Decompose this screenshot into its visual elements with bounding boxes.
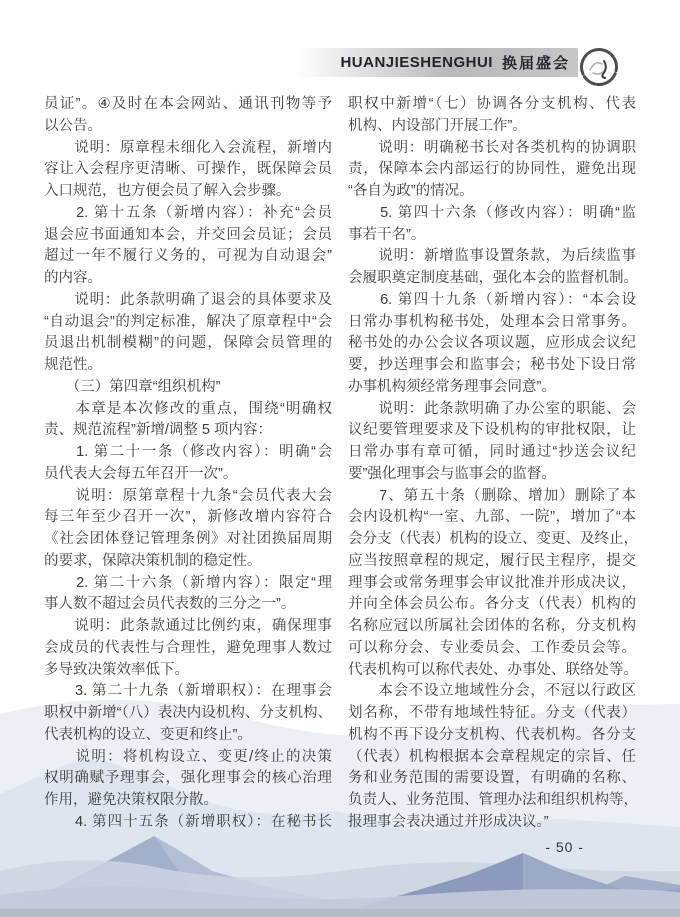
magazine-page: HUANJIESHENGHUI 换届盛会 员证”。④及时在本会网站、通讯刊物等予… [0,0,680,917]
text-line: 员证”。④及时在本会网站、通讯刊物等予 [44,94,332,116]
text-line: 事若干名”。 [348,225,636,247]
text-line: 1. 第二十一条（修改内容）：明确“会 [44,442,332,464]
article-body: 员证”。④及时在本会网站、通讯刊物等予 以公告。 说明：原章程未细化入会流程，新… [44,94,636,834]
text-line: 会内设机构“一室、九部、一院”，增加了“本 [348,507,636,529]
ink-seal-icon [578,46,620,88]
text-line: 退会应书面通知本会，并交回会员证；会员 [44,225,332,247]
text-line: （三）第四章“组织机构” [44,377,332,399]
text-line: 多导致决策效率低下。 [44,660,332,682]
text-line: 员代表大会每五年召开一次”。 [44,464,332,486]
text-line: 2. 第二十六条（新增内容）：限定“理 [44,573,332,595]
text-line: 日常办事有章可循，同时通过“抄送会议纪 [348,442,636,464]
text-line: 说明：将机构设立、变更/终止的决策 [44,747,332,769]
text-line: 应当按照章程的规定，履行民主程序，提交 [348,551,636,573]
header-banner: HUANJIESHENGHUI 换届盛会 [295,48,578,77]
text-line: 规范性。 [44,355,332,377]
text-line: 理事会或常务理事会审议批准并形成决议， [348,573,636,595]
text-line: 说明：明确秘书长对各类机构的协调职 [348,138,636,160]
text-line: 员退出机制模糊”的问题，保障会员管理的 [44,333,332,355]
text-line: 的要求，保障决策机制的稳定性。 [44,551,332,573]
text-line: 机构、内设部门开展工作”。 [348,116,636,138]
text-line: 议纪要管理要求及下设机构的审批权限，让 [348,420,636,442]
text-line: 说明：此条款通过比例约束，确保理事 [44,616,332,638]
text-line: 会履职奠定制度基础，强化本会的监督机制。 [348,268,636,290]
text-line: 权明确赋予理事会，强化理事会的核心治理 [44,768,332,790]
text-line: 办事机构须经常务理事会同意”。 [348,377,636,399]
text-line: 日常办事机构秘书处，处理本会日常事务。 [348,312,636,334]
header-title-latin: HUANJIESHENGHUI [340,54,493,71]
text-line: 超过一年不履行义务的，可视为自动退会” [44,246,332,268]
text-line: 的内容。 [44,268,332,290]
text-line: 务和业务范围的需要设置，有明确的名称、 [348,768,636,790]
text-line: 职权中新增“（八）表决内设机构、分支机构、 [44,703,332,725]
text-line: “自动退会”的判定标准，解决了原章程中“会 [44,312,332,334]
text-line: 以公告。 [44,116,332,138]
text-line: 责、规范流程”新增/调整 5 项内容： [44,420,332,442]
text-line: 名称应冠以所属社会团体的名称，分支机构 [348,616,636,638]
text-line: 本会不设立地域性分会，不冠以行政区 [348,681,636,703]
text-line: 机构不再下设分支机构、代表机构。各分支 [348,725,636,747]
text-line: 《社会团体登记管理条例》对社团换届周期 [44,529,332,551]
text-line: 说明：此条款明确了退会的具体要求及 [44,290,332,312]
text-line: 会成员的代表性与合理性，避免理事人数过 [44,638,332,660]
text-line: 要”强化理事会与监事会的监督。 [348,464,636,486]
text-line: 职权中新增“（七）协调各分支机构、代表 [348,94,636,116]
text-line: 容让入会程序更清晰、可操作，既保障会员 [44,159,332,181]
text-line: 划名称，不带有地域性特征。分支（代表） [348,703,636,725]
page-number: - 50 - [545,839,584,855]
text-line: 代表机构的设立、变更和终止”。 [44,725,332,747]
text-line: 4. 第四十五条（新增职权）：在秘书长 [44,812,332,834]
text-line: 责，保障本会内部运行的协同性，避免出现 [348,159,636,181]
text-line: 入口规范，也方便会员了解入会步骤。 [44,181,332,203]
text-line: 每三年至少召开一次”，新修改增内容符合 [44,507,332,529]
text-line: 3. 第二十九条（新增职权）：在理事会 [44,681,332,703]
text-line: 本章是本次修改的重点，围绕“明确权 [44,399,332,421]
text-line: 说明：此条款明确了办公室的职能、会 [348,399,636,421]
text-line: 作用，避免决策权限分散。 [44,790,332,812]
text-line: 会分支（代表）机构的设立、变更、及终止， [348,529,636,551]
header-title-chinese: 换届盛会 [502,52,570,73]
page-bottom-edge [0,909,680,917]
text-line: “各自为政”的情况。 [348,181,636,203]
text-line: 并向全体会员公布。各分支（代表）机构的 [348,594,636,616]
text-line: 7、第五十条（删除、增加）删除了本 [348,486,636,508]
text-line: 说明：原第章程十九条“会员代表大会 [44,486,332,508]
text-line: 说明：原章程未细化入会流程，新增内 [44,138,332,160]
text-line: 要，抄送理事会和监事会；秘书处下设日常 [348,355,636,377]
right-column: 职权中新增“（七）协调各分支机构、代表 机构、内设部门开展工作”。 说明：明确秘… [348,94,636,834]
text-line: 事人数不超过会员代表数的三分之一”。 [44,594,332,616]
text-line: 可以称分会、专业委员会、工作委员会等。 [348,638,636,660]
left-column: 员证”。④及时在本会网站、通讯刊物等予 以公告。 说明：原章程未细化入会流程，新… [44,94,332,834]
text-line: 2. 第十五条（新增内容）：补充“会员 [44,203,332,225]
text-line: 负责人、业务范围、管理办法和组织机构等， [348,790,636,812]
text-line: 5. 第四十六条（修改内容）：明确“监 [348,203,636,225]
text-line: 代表机构可以称代表处、办事处、联络处等。 [348,660,636,682]
text-line: 报理事会表决通过并形成决议。” [348,812,636,834]
text-line: 说明：新增监事设置条款，为后续监事 [348,246,636,268]
text-line: 6. 第四十九条（新增内容）：“本会设 [348,290,636,312]
text-line: （代表）机构根据本会章程规定的宗旨、任 [348,747,636,769]
text-line: 秘书处的办公会议各项议题，应形成会议纪 [348,333,636,355]
